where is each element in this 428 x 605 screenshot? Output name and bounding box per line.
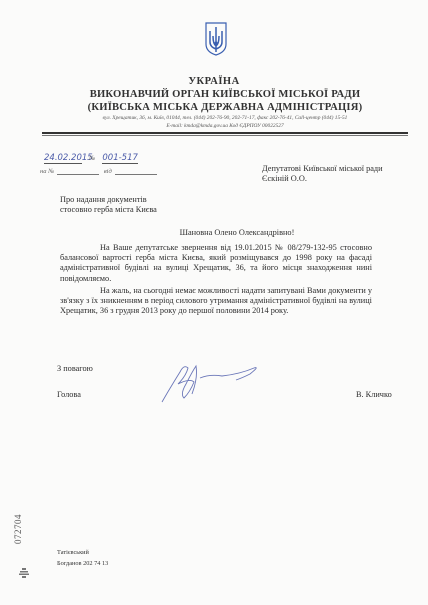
executor-name-2-phone: Богданов 202 74 13: [57, 560, 108, 567]
contact-info: вул. Хрещатик, 36, м. Київ, 01044, тел. …: [0, 115, 428, 130]
letterhead-divider-thin: [42, 135, 408, 136]
registration-number: 001-517: [102, 153, 138, 164]
signer-name: В. Кличко: [356, 390, 392, 399]
recipient-block: Депутатові Київської міської ради Єскіні…: [262, 164, 383, 183]
executor-name-1: Татієвський: [57, 549, 89, 556]
reference-line: на № від: [40, 168, 160, 175]
subject-line2: стосовно герба міста Києва: [60, 205, 157, 215]
country-heading: УКРАЇНА: [0, 76, 428, 87]
recipient-name: Єскіній О.О.: [262, 174, 383, 184]
serial-number: 072704: [13, 514, 23, 544]
security-mark-icon: [19, 568, 29, 578]
organization-name-line1: ВИКОНАВЧИЙ ОРГАН КИЇВСЬКОЇ МІСЬКОЇ РАДИ: [0, 89, 428, 100]
organization-name-line2: (КИЇВСЬКА МІСЬКА ДЕРЖАВНА АДМІНІСТРАЦІЯ): [0, 102, 428, 113]
letter-body: На Ваше депутатське звернення від 19.01.…: [60, 243, 372, 318]
body-paragraph-2: На жаль, на сьогодні немає можливості на…: [60, 286, 372, 317]
body-paragraph-1: На Ваше депутатське звернення від 19.01.…: [60, 243, 372, 284]
registration-line: 24.02.2015 № 001-517: [44, 147, 138, 165]
reference-from-label: від: [104, 168, 112, 175]
ukraine-trident-emblem-icon: [205, 22, 227, 56]
letter-page: УКРАЇНА ВИКОНАВЧИЙ ОРГАН КИЇВСЬКОЇ МІСЬК…: [0, 0, 428, 605]
contact-email-code: E-mail: kmda@kmda.gov.ua Код ЄДРПОУ 0002…: [0, 123, 428, 131]
reference-prefix: на №: [40, 168, 54, 175]
reference-number-blank: [57, 168, 99, 175]
contact-address: вул. Хрещатик, 36, м. Київ, 01044, тел. …: [0, 115, 428, 123]
subject-block: Про надання документів стосовно герба мі…: [60, 195, 157, 215]
registration-date: 24.02.2015: [44, 153, 82, 164]
reference-date-blank: [115, 168, 157, 175]
greeting: Шановна Олено Олександрівно!: [0, 228, 428, 237]
handwritten-signature-icon: [150, 358, 270, 406]
signer-position: Голова: [57, 390, 81, 399]
subject-line1: Про надання документів: [60, 195, 157, 205]
letterhead-divider-thick: [42, 132, 408, 134]
recipient-title: Депутатові Київської міської ради: [262, 164, 383, 174]
closing-regards: З повагою: [57, 364, 93, 373]
registration-number-label: №: [89, 155, 95, 162]
